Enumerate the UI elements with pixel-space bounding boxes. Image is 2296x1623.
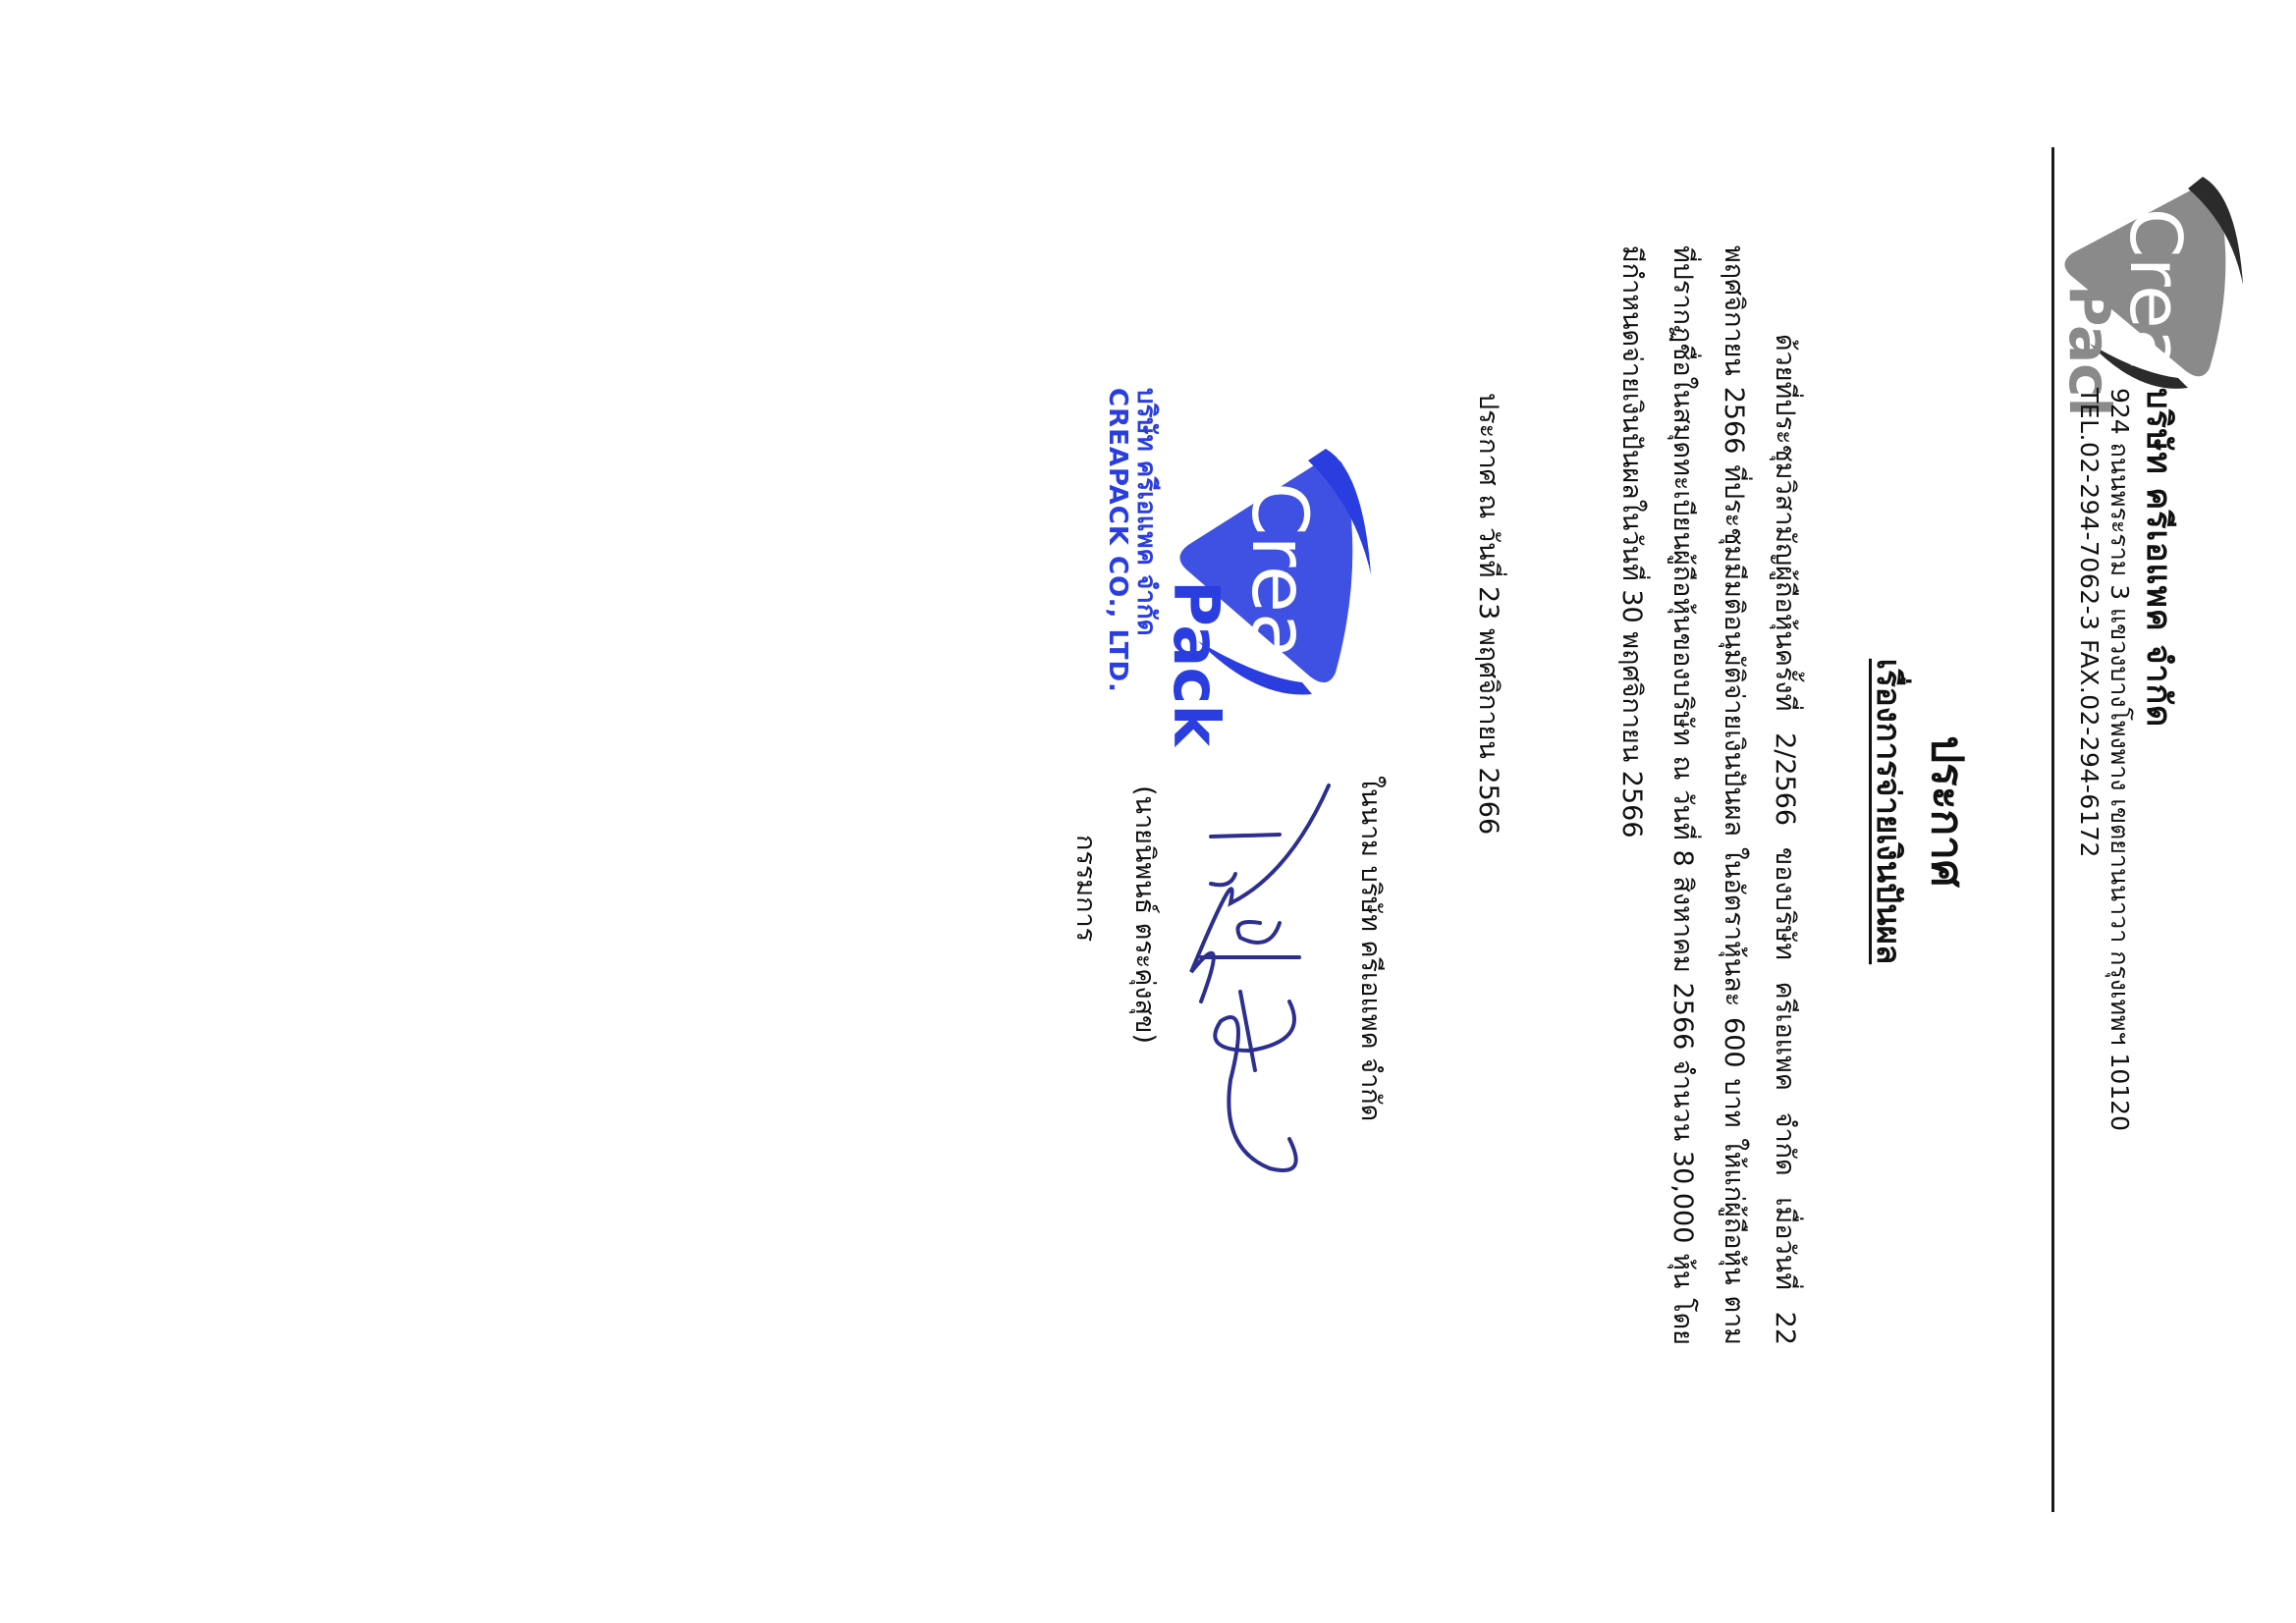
company-contact: TEL.02-294-7062-3 FAX.02-294-6172 [2075, 388, 2104, 858]
letterhead-divider [2051, 147, 2054, 1512]
handwritten-signature-icon [1172, 756, 1348, 1208]
stamp-thai-name: บริษัท ครีเอแพค จำกัด [1126, 388, 1167, 635]
creapack-logo-icon: Crea Pack [2060, 137, 2257, 412]
svg-text:Crea: Crea [2114, 208, 2197, 372]
signer-title: กรรมการ [1066, 835, 1108, 942]
company-address: 924 ถนนพระราม 3 แขวงบางโพงพาง เขตยานนาวา… [2100, 388, 2139, 1131]
signer-name: (นายนิพนธ์ ตระคุ่งสุข) [1124, 785, 1167, 1044]
document-page: Crea Pack บริษัท ครีเอแพค จำกัด 924 ถนนพ… [0, 0, 2296, 1623]
announcement-body: ด้วยที่ประชุมวิสามัญผู้ถือหุ้นครั้งที่ 2… [1606, 245, 1810, 1345]
company-stamp-icon: Crea Pack [1147, 388, 1383, 761]
stamp-english-name: CREAPACK CO., LTD. [1103, 388, 1132, 693]
announcement-subtitle: เรื่องการจ่ายเงินปันผล [1863, 0, 1915, 1623]
announcement-date: ประกาศ ณ วันที่ 23 พฤศจิกายน 2566 [1468, 393, 1510, 835]
announcement-title: ประกาศ [1913, 0, 1982, 1623]
body-paragraph: ด้วยที่ประชุมวิสามัญผู้ถือหุ้นครั้งที่ 2… [1606, 245, 1810, 1345]
svg-text:Crea: Crea [1234, 482, 1323, 660]
on-behalf-line: ในนาม บริษัท ครีเอแพค จำกัด [1350, 776, 1393, 1121]
company-name: บริษัท ครีเอแพค จำกัด [2133, 388, 2186, 728]
svg-text:Pack: Pack [1159, 580, 1231, 747]
subtitle-text: เรื่องการจ่ายเงินปันผล [1870, 659, 1908, 964]
